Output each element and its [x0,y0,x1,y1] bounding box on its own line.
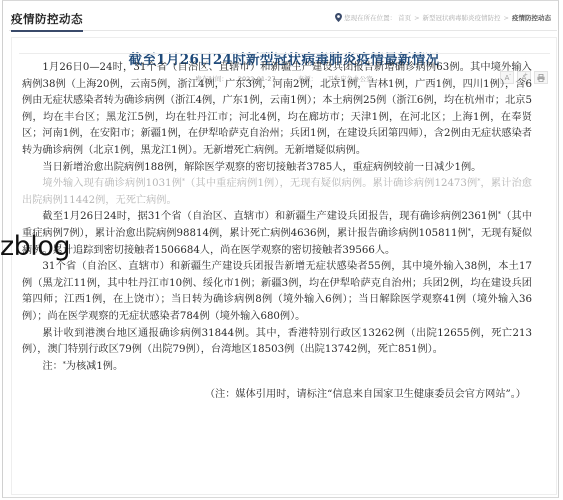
breadcrumb-covid-prevention[interactable]: 新型冠状病毒肺炎疫情防控 [423,13,501,22]
paragraph-note: 注：*为核减1例。 [22,359,532,376]
page-frame: 疫情防控动态 您现在所在位置： 首页 > 新型冠状病毒肺炎疫情防控 > 疫情防控… [2,0,559,498]
print-icon [537,74,545,82]
paragraph-cumulative: 截至1月26日24时，据31个省（自治区、直辖市）和新疆生产建设兵团报告，现有确… [22,209,532,259]
paragraph-asymptomatic: 31个省（自治区、直辖市）和新疆生产建设兵团报告新增无症状感染者55例，其中境外… [22,259,532,325]
print-button[interactable] [534,71,548,84]
breadcrumb-separator: > [504,14,509,22]
section-title: 疫情防控动态 [11,11,83,32]
paragraph-hk-macao-taiwan: 累计收到港澳台地区通报确诊病例31844例。其中，香港特别行政区13262例（出… [22,326,532,359]
article-body: 1月26日0—24时，31个省（自治区、直辖市）和新疆生产建设兵团报告新增确诊病… [22,60,532,404]
paragraph-recoveries: 当日新增治愈出院病例188例，解除医学观察的密切接触者3785人，重症病例较前一… [22,160,532,177]
paragraph-imported-status: 境外输入现有确诊病例1031例*（其中重症病例1例），无现有疑似病例。累计确诊病… [22,176,532,209]
paragraph-new-cases: 1月26日0—24时，31个省（自治区、直辖市）和新疆生产建设兵团报告新增确诊病… [22,60,532,160]
media-citation-note: （注：媒体引用时，请标注“信息来自国家卫生健康委员会官方网站”。） [22,387,532,404]
location-pin-icon [335,13,342,22]
breadcrumb-current[interactable]: 疫情防控动态 [512,13,551,22]
breadcrumb: 您现在所在位置： 首页 > 新型冠状病毒肺炎疫情防控 > 疫情防控动态 [335,13,551,22]
watermark: zblog [0,233,70,260]
title-divider [19,53,550,54]
breadcrumb-home[interactable]: 首页 [398,13,411,22]
section-header: 疫情防控动态 您现在所在位置： 首页 > 新型冠状病毒肺炎疫情防控 > 疫情防控… [9,9,557,31]
breadcrumb-separator: > [414,14,419,22]
breadcrumb-prefix: 您现在所在位置： [344,13,396,22]
